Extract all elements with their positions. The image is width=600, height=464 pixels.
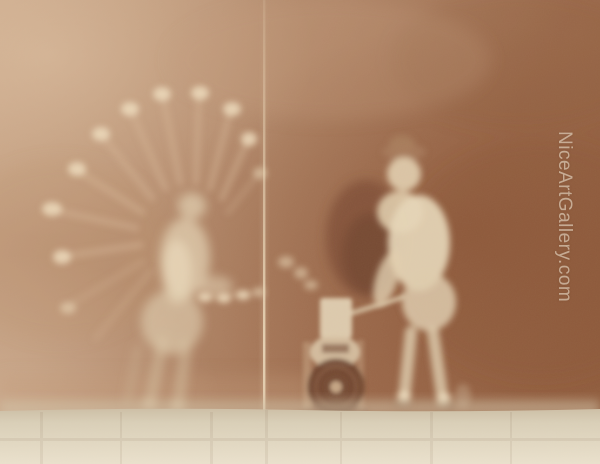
gallery-watermark: NiceArtGallery.com: [553, 131, 575, 341]
photo-scene: [0, 0, 600, 464]
vintage-photograph: NiceArtGallery.com: [0, 0, 600, 464]
film-grain-overlay: [0, 0, 600, 464]
